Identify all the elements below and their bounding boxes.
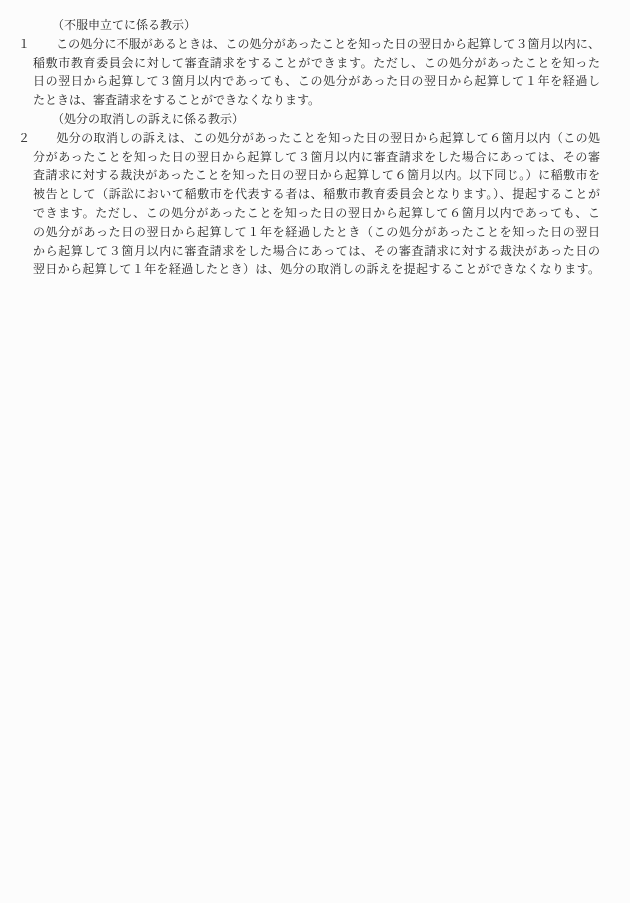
lawsuit-item-first-line: ２処分の取消しの訴えは、この処分があったことを知った日の翌日から起算して６箇月以… xyxy=(18,129,600,148)
appeal-item-first-line: １この処分に不服があるときは、この処分があったことを知った日の翌日から起算して３… xyxy=(18,35,600,54)
document-page: （不服申立てに係る教示） １この処分に不服があるときは、この処分があったことを知… xyxy=(0,0,630,903)
text-line: 処分の取消しの訴えは、この処分があったことを知った日の翌日から起算して６箇月以内… xyxy=(56,131,600,145)
text-line: できます。ただし、この処分があったことを知った日の翌日から起算して６箇月以内であ… xyxy=(33,204,600,223)
lawsuit-item-number: ２ xyxy=(18,129,56,148)
notice-document: （不服申立てに係る教示） １この処分に不服があるときは、この処分があったことを知… xyxy=(18,16,600,279)
lawsuit-section-heading: （処分の取消しの訴えに係る教示） xyxy=(52,110,600,129)
text-line: 日の翌日から起算して３箇月以内であっても、この処分があった日の翌日から起算して１… xyxy=(33,72,600,91)
text-line: 分があったことを知った日の翌日から起算して３箇月以内に審査請求をした場合にあって… xyxy=(33,148,600,167)
text-line: 翌日から起算して１年を経過したとき）は、処分の取消しの訴えを提起することができな… xyxy=(33,260,600,279)
text-line: 稲敷市教育委員会に対して審査請求をすることができます。ただし、この処分があったこ… xyxy=(33,54,600,73)
text-line: 被告として（訴訟において稲敷市を代表する者は、稲敷市教育委員会となります。）、提… xyxy=(33,185,600,204)
appeal-item-number: １ xyxy=(18,35,56,54)
text-line: から起算して３箇月以内に審査請求をした場合にあっては、その審査請求に対する裁決が… xyxy=(33,242,600,261)
text-line: この処分に不服があるときは、この処分があったことを知った日の翌日から起算して３箇… xyxy=(56,37,600,51)
text-line: 査請求に対する裁決があったことを知った日の翌日から起算して６箇月以内。以下同じ。… xyxy=(33,166,600,185)
text-line: たときは、審査請求をすることができなくなります。 xyxy=(33,91,600,110)
text-line: の処分があった日の翌日から起算して１年を経過したとき（この処分があったことを知っ… xyxy=(33,223,600,242)
appeal-section-heading: （不服申立てに係る教示） xyxy=(52,16,600,35)
